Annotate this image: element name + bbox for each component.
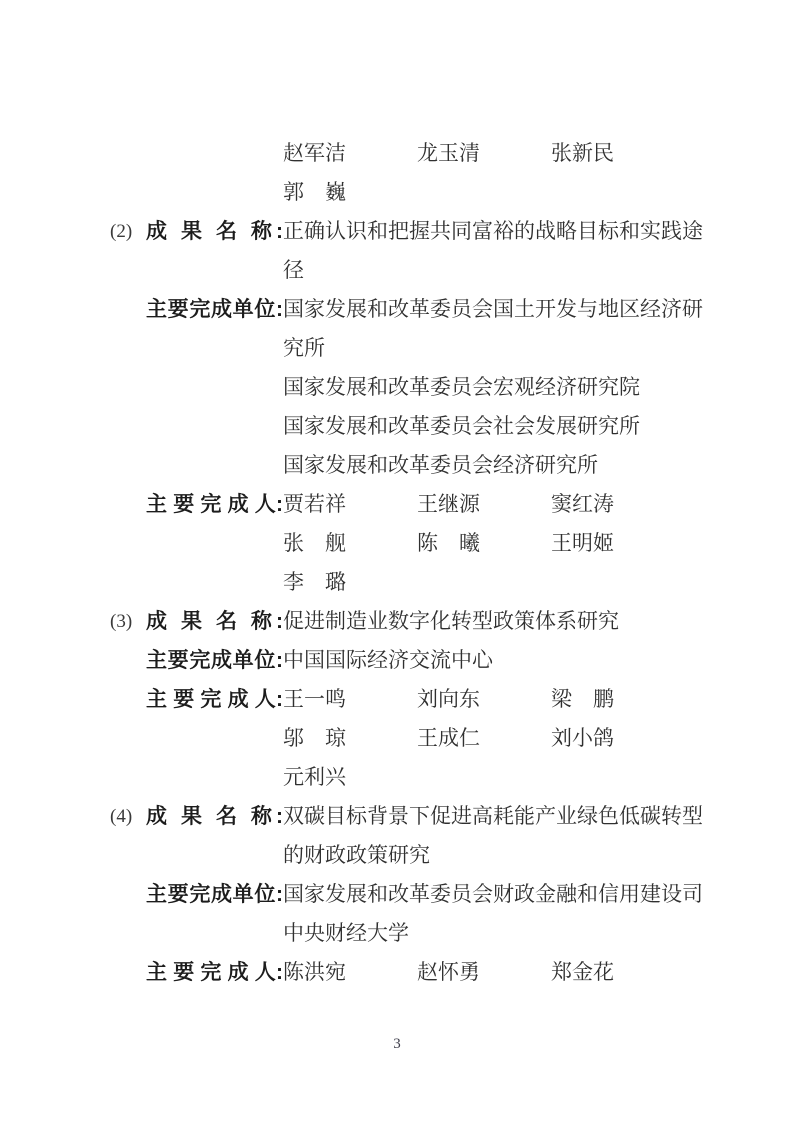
names-row: 赵军洁 龙玉清 张新民: [110, 134, 794, 173]
entry-title-row: (2) 成 果 名 称: 正确认识和把握共同富裕的战略目标和实践途: [110, 212, 794, 251]
person-name: 陈 曦: [417, 524, 551, 563]
field-label-units: 主要完成单位:: [146, 641, 283, 680]
person-name: 陈洪宛: [283, 953, 417, 992]
person-name: 梁 鹏: [551, 680, 614, 719]
person-name: 龙玉清: [417, 134, 551, 173]
unit-name-line: 国家发展和改革委员会经济研究所: [283, 446, 598, 485]
person-name: 郑金花: [551, 953, 614, 992]
entry-title-row: (4) 成 果 名 称: 双碳目标背景下促进高耗能产业绿色低碳转型: [110, 797, 794, 836]
field-label-people: 主 要 完 成 人:: [146, 680, 283, 719]
entry-number: (2): [110, 212, 146, 251]
person-name: 郭 巍: [283, 173, 346, 212]
people-row: 主 要 完 成 人: 贾若祥 王继源 窦红涛: [110, 485, 794, 524]
person-name: 窦红涛: [551, 485, 614, 524]
names-row: 邬 琼 王成仁 刘小鸽: [110, 719, 794, 758]
entry-number: (4): [110, 797, 146, 836]
field-label-units: 主要完成单位:: [146, 290, 283, 329]
achievement-title-line: 径: [283, 251, 304, 290]
units-row-cont: 国家发展和改革委员会社会发展研究所: [110, 407, 794, 446]
achievement-title-line: 促进制造业数字化转型政策体系研究: [283, 602, 619, 641]
field-label-people: 主 要 完 成 人:: [146, 953, 283, 992]
names-row: 郭 巍: [110, 173, 794, 212]
field-label-title: 成 果 名 称:: [146, 797, 283, 836]
person-name: 王一鸣: [283, 680, 417, 719]
person-name: 张新民: [551, 134, 614, 173]
person-name: 王明姬: [551, 524, 614, 563]
person-name: 王成仁: [417, 719, 551, 758]
people-row: 主 要 完 成 人: 王一鸣 刘向东 梁 鹏: [110, 680, 794, 719]
field-label-title: 成 果 名 称:: [146, 212, 283, 251]
units-row-cont: 国家发展和改革委员会宏观经济研究院: [110, 368, 794, 407]
person-name: 刘向东: [417, 680, 551, 719]
units-row-cont: 究所: [110, 329, 794, 368]
person-name: 赵军洁: [283, 134, 417, 173]
people-row: 主 要 完 成 人: 陈洪宛 赵怀勇 郑金花: [110, 953, 794, 992]
achievement-title-line: 正确认识和把握共同富裕的战略目标和实践途: [283, 212, 703, 251]
person-name: 刘小鸽: [551, 719, 614, 758]
document-page: 赵军洁 龙玉清 张新民 郭 巍 (2) 成 果 名 称: 正确认识和把握共同富裕…: [0, 0, 794, 1123]
unit-name-line: 究所: [283, 329, 325, 368]
person-name: 邬 琼: [283, 719, 417, 758]
field-label-people: 主 要 完 成 人:: [146, 485, 283, 524]
document-body: 赵军洁 龙玉清 张新民 郭 巍 (2) 成 果 名 称: 正确认识和把握共同富裕…: [0, 134, 794, 992]
entry-number: (3): [110, 602, 146, 641]
page-number: 3: [0, 1036, 794, 1053]
person-name: 贾若祥: [283, 485, 417, 524]
field-label-title: 成 果 名 称:: [146, 602, 283, 641]
names-row: 元利兴: [110, 758, 794, 797]
names-row: 张 舰 陈 曦 王明姬: [110, 524, 794, 563]
unit-name-line: 国家发展和改革委员会国土开发与地区经济研: [283, 290, 703, 329]
unit-name-line: 国家发展和改革委员会社会发展研究所: [283, 407, 640, 446]
entry-title-row: (3) 成 果 名 称: 促进制造业数字化转型政策体系研究: [110, 602, 794, 641]
entry-title-row-cont: 径: [110, 251, 794, 290]
unit-name-line: 国家发展和改革委员会宏观经济研究院: [283, 368, 640, 407]
person-name: 王继源: [417, 485, 551, 524]
field-label-units: 主要完成单位:: [146, 875, 283, 914]
achievement-title-line: 的财政政策研究: [283, 836, 430, 875]
person-name: 赵怀勇: [417, 953, 551, 992]
units-row: 主要完成单位: 国家发展和改革委员会财政金融和信用建设司: [110, 875, 794, 914]
units-row-cont: 中央财经大学: [110, 914, 794, 953]
units-row: 主要完成单位: 中国国际经济交流中心: [110, 641, 794, 680]
person-name: 李 璐: [283, 563, 346, 602]
person-name: 元利兴: [283, 758, 346, 797]
achievement-title-line: 双碳目标背景下促进高耗能产业绿色低碳转型: [283, 797, 703, 836]
entry-title-row-cont: 的财政政策研究: [110, 836, 794, 875]
unit-name-line: 中央财经大学: [283, 914, 409, 953]
units-row-cont: 国家发展和改革委员会经济研究所: [110, 446, 794, 485]
person-name: 张 舰: [283, 524, 417, 563]
unit-name-line: 国家发展和改革委员会财政金融和信用建设司: [283, 875, 703, 914]
unit-name-line: 中国国际经济交流中心: [283, 641, 493, 680]
units-row: 主要完成单位: 国家发展和改革委员会国土开发与地区经济研: [110, 290, 794, 329]
names-row: 李 璐: [110, 563, 794, 602]
